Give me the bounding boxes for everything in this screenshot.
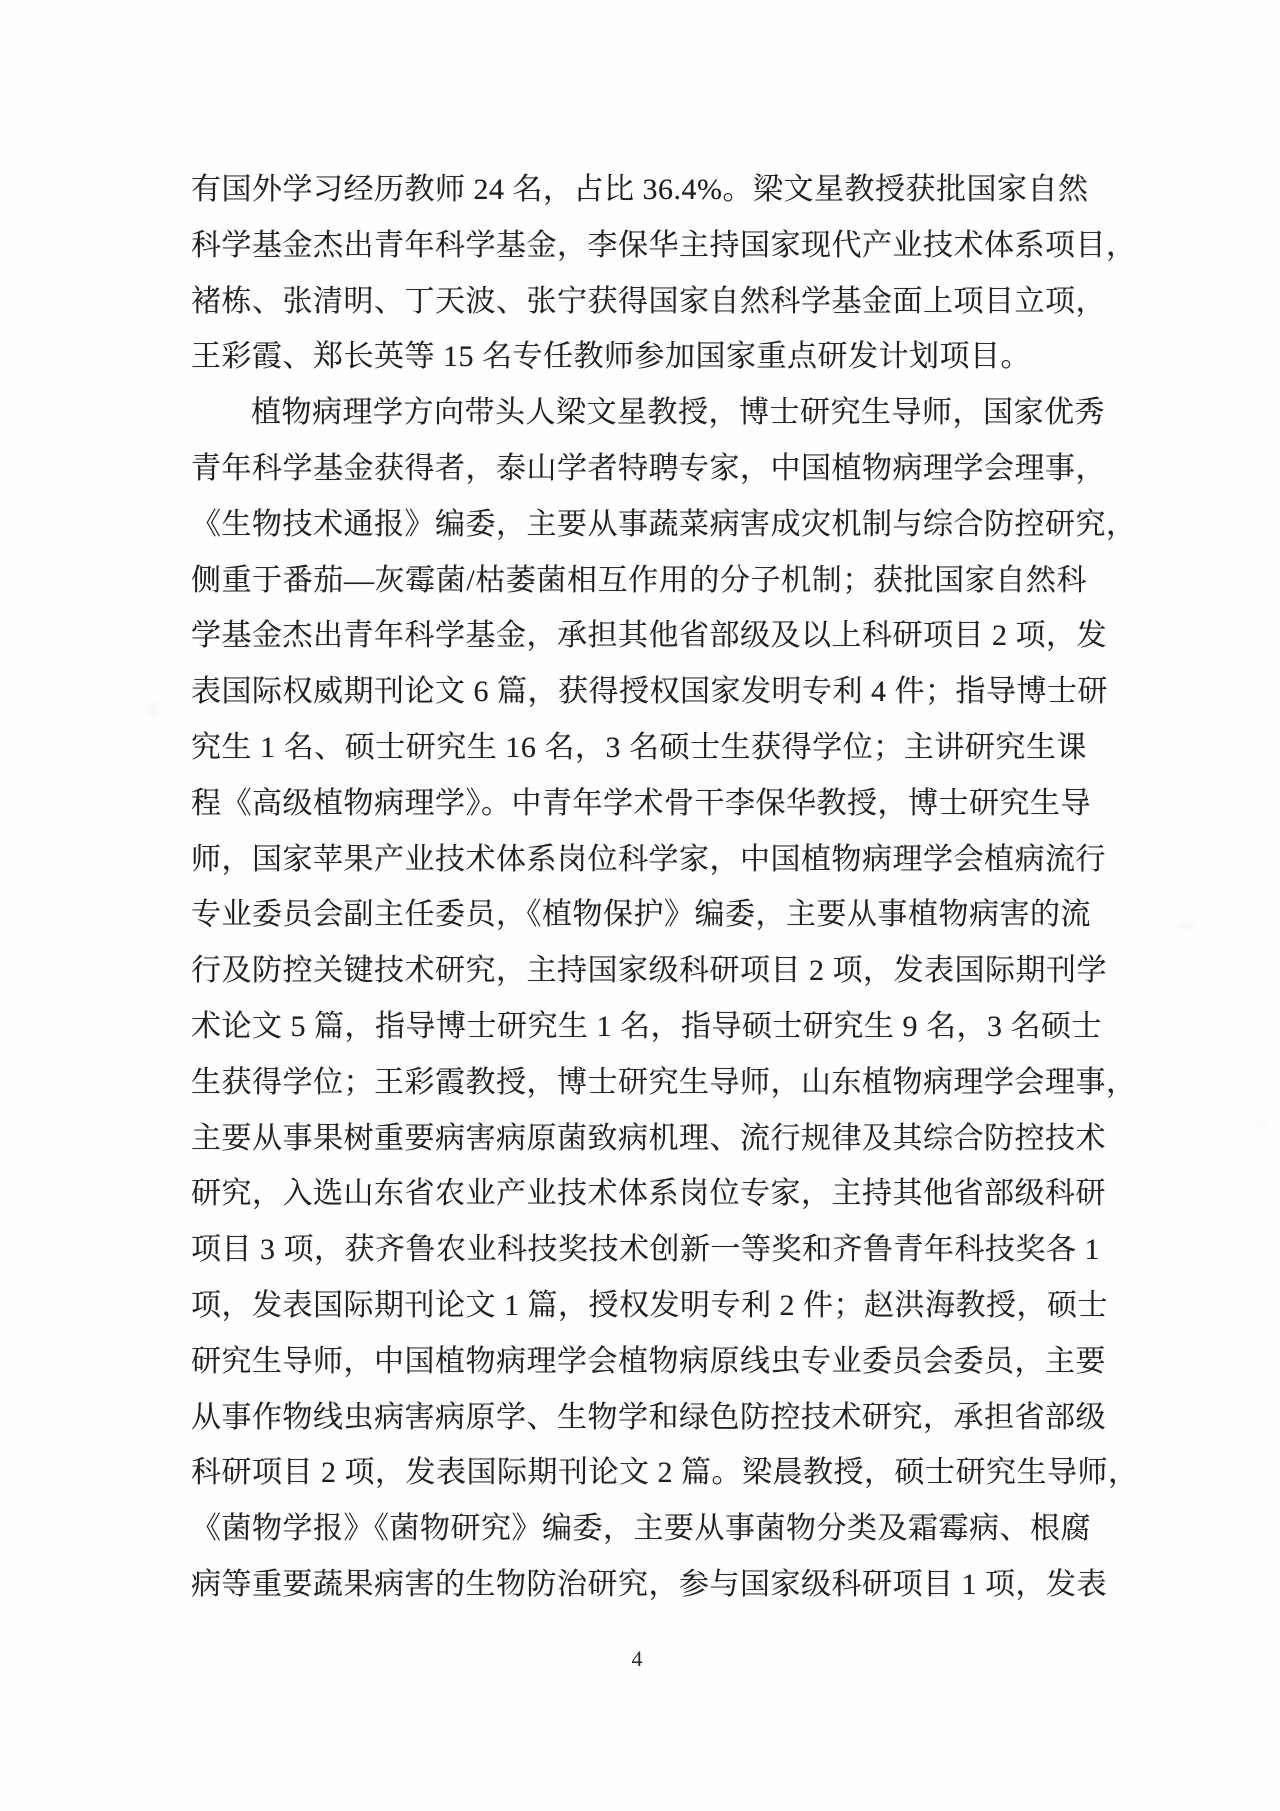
scan-smudge [148,702,158,716]
text-line: 研究生导师，中国植物病理学会植物病原线虫专业委员会委员，主要 [191,1334,1087,1390]
text-line: 究生 1 名、硕士研究生 16 名，3 名硕士生获得学位；主讲研究生课 [191,720,1087,776]
body-text: 有国外学习经历教师 24 名，占比 36.4%。梁文星教授获批国家自然 科学基金… [191,162,1087,1613]
text-line: 程《高级植物病理学》。中青年学术骨干李保华教授，博士研究生导 [191,776,1087,832]
text-line: 褚栋、张清明、丁天波、张宁获得国家自然科学基金面上项目立项， [191,274,1087,330]
text-line: 侧重于番茄—灰霉菌/枯萎菌相互作用的分子机制；获批国家自然科 [191,553,1087,609]
text-line: 行及防控关键技术研究，主持国家级科研项目 2 项，发表国际期刊学 [191,943,1087,999]
text-line: 主要从事果树重要病害病原菌致病机理、流行规律及其综合防控技术 [191,1111,1087,1167]
scan-smudge [1256,1120,1268,1126]
text-line: 《生物技术通报》编委，主要从事蔬菜病害成灾机制与综合防控研究， [191,497,1087,553]
scan-smudge [1178,922,1194,929]
page-number: 4 [0,1644,1274,1674]
text-line: 科学基金杰出青年科学基金，李保华主持国家现代产业技术体系项目， [191,218,1087,274]
document-page: 有国外学习经历教师 24 名，占比 36.4%。梁文星教授获批国家自然 科学基金… [0,0,1280,1811]
text-line: 项，发表国际期刊论文 1 篇，授权发明专利 2 件；赵洪海教授，硕士 [191,1278,1087,1334]
text-line: 生获得学位；王彩霞教授，博士研究生导师，山东植物病理学会理事， [191,1055,1087,1111]
text-line: 研究，入选山东省农业产业技术体系岗位专家，主持其他省部级科研 [191,1166,1087,1222]
text-line: 植物病理学方向带头人梁文星教授，博士研究生导师，国家优秀 [191,385,1087,441]
text-line: 师，国家苹果产业技术体系岗位科学家，中国植物病理学会植病流行 [191,832,1087,888]
text-line: 病等重要蔬果病害的生物防治研究，参与国家级科研项目 1 项，发表 [191,1557,1087,1613]
text-line: 专业委员会副主任委员，《植物保护》编委，主要从事植物病害的流 [191,887,1087,943]
text-line: 青年科学基金获得者，泰山学者特聘专家，中国植物病理学会理事， [191,441,1087,497]
text-line: 科研项目 2 项，发表国际期刊论文 2 篇。梁晨教授，硕士研究生导师， [191,1445,1087,1501]
text-line: 王彩霞、郑长英等 15 名专任教师参加国家重点研发计划项目。 [191,329,1087,385]
text-line: 学基金杰出青年科学基金，承担其他省部级及以上科研项目 2 项，发 [191,608,1087,664]
text-line: 《菌物学报》《菌物研究》编委，主要从事菌物分类及霜霉病、根腐 [191,1501,1087,1557]
text-line: 有国外学习经历教师 24 名，占比 36.4%。梁文星教授获批国家自然 [191,162,1087,218]
text-line: 项目 3 项，获齐鲁农业科技奖技术创新一等奖和齐鲁青年科技奖各 1 [191,1222,1087,1278]
text-line: 术论文 5 篇，指导博士研究生 1 名，指导硕士研究生 9 名，3 名硕士 [191,999,1087,1055]
text-line: 表国际权威期刊论文 6 篇，获得授权国家发明专利 4 件；指导博士研 [191,664,1087,720]
text-line: 从事作物线虫病害病原学、生物学和绿色防控技术研究，承担省部级 [191,1390,1087,1446]
